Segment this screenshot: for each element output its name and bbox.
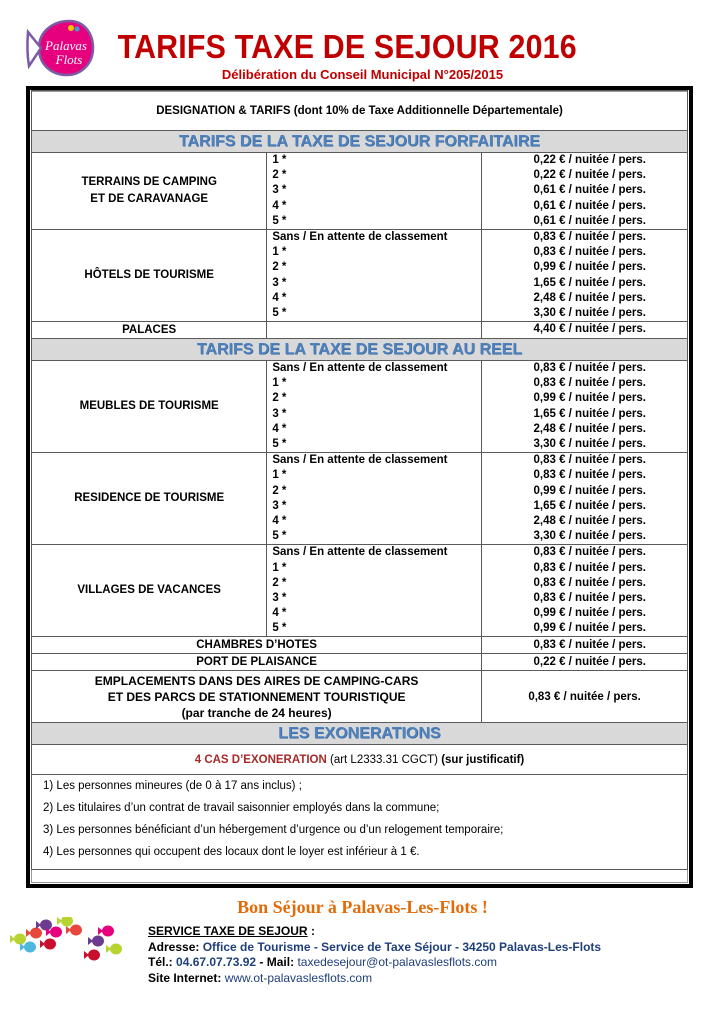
table-row: PORT DE PLAISANCE0,22 € / nuitée / pers. bbox=[32, 654, 688, 671]
classification-cell: Sans / En attente de classement1 *2 *3 *… bbox=[267, 545, 482, 637]
table-row: CHAMBRES D’HOTES0,83 € / nuitée / pers. bbox=[32, 637, 688, 654]
table-row: VILLAGES DE VACANCESSans / En attente de… bbox=[32, 545, 688, 637]
list-item: 3) Les personnes bénéficiant d’un héberg… bbox=[43, 819, 687, 841]
table-row: EMPLACEMENTS DANS DES AIRES DE CAMPING-C… bbox=[32, 671, 688, 723]
price-cell: 0,22 € / nuitée / pers. bbox=[482, 654, 688, 671]
svg-text:Palavas: Palavas bbox=[44, 38, 87, 53]
tarifs-table: DESIGNATION & TARIFS (dont 10% de Taxe A… bbox=[31, 90, 688, 870]
category-label: VILLAGES DE VACANCES bbox=[32, 545, 267, 637]
list-item: 4) Les personnes qui occupent des locaux… bbox=[43, 841, 687, 863]
price-cell: 0,83 € / nuitée / pers.0,83 € / nuitée /… bbox=[482, 229, 688, 321]
address-value: Office de Tourisme - Service de Taxe Séj… bbox=[203, 940, 601, 954]
section-title-forfaitaire: TARIFS DE LA TAXE DE SEJOUR FORFAITAIRE bbox=[32, 131, 688, 153]
table-row: TERRAINS DE CAMPINGET DE CARAVANAGE1 *2 … bbox=[32, 153, 688, 230]
fish-decoration-icon bbox=[8, 917, 132, 973]
greeting: Bon Séjour à Palavas-Les-Flots ! bbox=[0, 897, 725, 918]
table-row: PALACES4,40 € / nuitée / pers. bbox=[32, 322, 688, 339]
classification-cell: 1 *2 *3 *4 *5 * bbox=[267, 153, 482, 230]
price-cell: 0,83 € / nuitée / pers.0,83 € / nuitée /… bbox=[482, 453, 688, 545]
category-label: TERRAINS DE CAMPINGET DE CARAVANAGE bbox=[32, 153, 267, 230]
category-label: HÔTELS DE TOURISME bbox=[32, 229, 267, 321]
list-item: 2) Les titulaires d’un contrat de travai… bbox=[43, 797, 687, 819]
contact-block: SERVICE TAXE DE SEJOUR : Adresse: Office… bbox=[148, 924, 601, 986]
designation-header: DESIGNATION & TARIFS (dont 10% de Taxe A… bbox=[32, 91, 688, 131]
classification-cell bbox=[267, 322, 482, 339]
table-row: RESIDENCE DE TOURISMESans / En attente d… bbox=[32, 453, 688, 545]
exoneration-list: 1) Les personnes mineures (de 0 à 17 ans… bbox=[32, 775, 688, 870]
exoneration-intro: 4 CAS D’EXONERATION (art L2333.31 CGCT) … bbox=[32, 745, 688, 775]
page-subtitle: Délibération du Conseil Municipal N°205/… bbox=[0, 67, 725, 82]
svg-text:Flots: Flots bbox=[55, 52, 83, 67]
email-link[interactable]: taxedesejour@ot-palavaslesflots.com bbox=[297, 955, 497, 969]
list-item: 1) Les personnes mineures (de 0 à 17 ans… bbox=[43, 775, 687, 797]
price-cell: 0,83 € / nuitée / pers.0,83 € / nuitée /… bbox=[482, 545, 688, 637]
classification-cell: Sans / En attente de classement1 *2 *3 *… bbox=[267, 229, 482, 321]
category-label: EMPLACEMENTS DANS DES AIRES DE CAMPING-C… bbox=[32, 671, 482, 723]
service-title: SERVICE TAXE DE SEJOUR bbox=[148, 924, 308, 938]
section-title-exonerations: LES EXONERATIONS bbox=[32, 723, 688, 745]
price-cell: 0,83 € / nuitée / pers. bbox=[482, 637, 688, 654]
website-link[interactable]: www.ot-palavaslesflots.com bbox=[225, 971, 372, 985]
price-cell: 0,83 € / nuitée / pers. bbox=[482, 671, 688, 723]
phone-value[interactable]: 04.67.07.73.92 bbox=[176, 955, 256, 969]
classification-cell: Sans / En attente de classement1 *2 *3 *… bbox=[267, 453, 482, 545]
price-cell: 4,40 € / nuitée / pers. bbox=[482, 322, 688, 339]
section-title-reel: TARIFS DE LA TAXE DE SEJOUR AU REEL bbox=[32, 339, 688, 361]
classification-cell: Sans / En attente de classement1 *2 *3 *… bbox=[267, 361, 482, 453]
category-label: PALACES bbox=[32, 322, 267, 339]
price-cell: 0,22 € / nuitée / pers.0,22 € / nuitée /… bbox=[482, 153, 688, 230]
category-label: RESIDENCE DE TOURISME bbox=[32, 453, 267, 545]
category-label: PORT DE PLAISANCE bbox=[32, 654, 482, 671]
table-row: MEUBLES DE TOURISMESans / En attente de … bbox=[32, 361, 688, 453]
price-cell: 0,83 € / nuitée / pers.0,83 € / nuitée /… bbox=[482, 361, 688, 453]
category-label: MEUBLES DE TOURISME bbox=[32, 361, 267, 453]
table-row: HÔTELS DE TOURISMESans / En attente de c… bbox=[32, 229, 688, 321]
category-label: CHAMBRES D’HOTES bbox=[32, 637, 482, 654]
page-title: TARIFS TAXE DE SEJOUR 2016 bbox=[108, 28, 586, 66]
